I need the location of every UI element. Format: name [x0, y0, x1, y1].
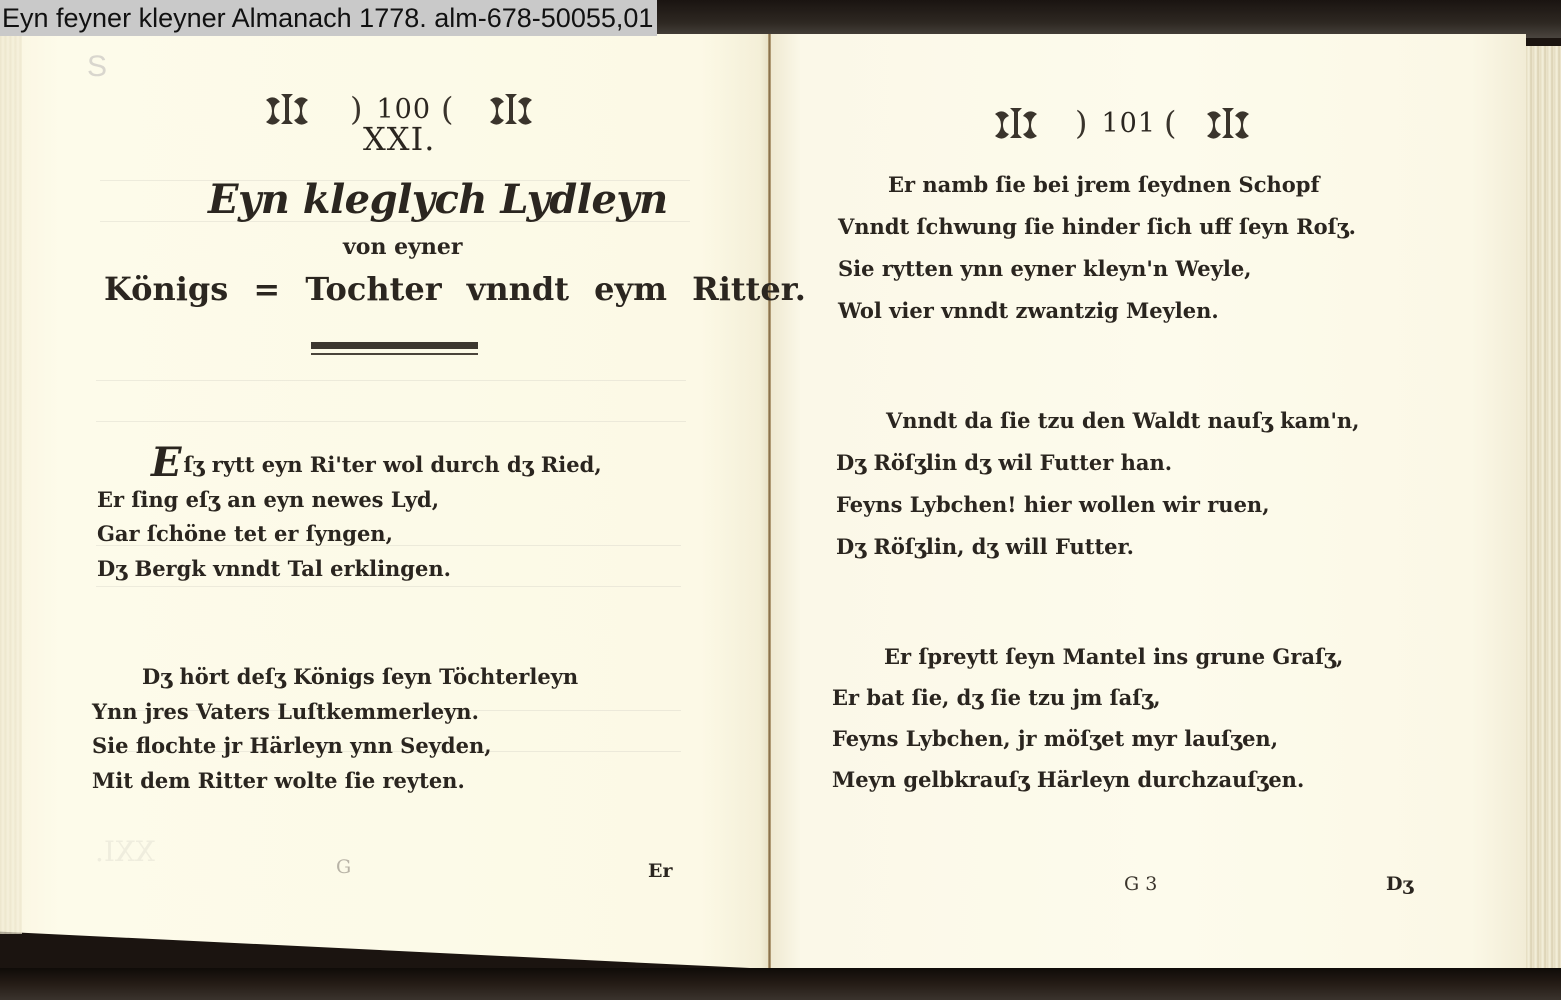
- stanza-right-1: Er namb ſie bei jrem ſeydnen Schopf Vnnd…: [838, 164, 1356, 332]
- page-number: 101: [1101, 108, 1156, 139]
- left-page-edges: [0, 34, 22, 934]
- signature-mark: G: [336, 856, 351, 878]
- verse-line: Vnndt ſchwung ſie hinder ſich uff ſeyn R…: [838, 206, 1356, 248]
- bleed-through-staff: [96, 380, 686, 422]
- fleuron-ornament-icon: [262, 92, 312, 126]
- double-rule-divider: [311, 342, 478, 355]
- verse-line: Vnndt da ſie tzu den Waldt nauſʒ kam'n,: [836, 400, 1359, 442]
- signature-mark: G 3: [1124, 873, 1157, 895]
- verse-line: Dʒ Bergk vnndt Tal erklingen.: [97, 552, 602, 587]
- verse-line: Er bat ſie, dʒ ſie tzu jm ſaſʒ,: [832, 677, 1343, 718]
- verse-line: Sie flochte jr Härleyn ynn Seyden,: [92, 729, 578, 764]
- right-running-header: ) 101 (: [991, 104, 1253, 142]
- bleed-through-text: XXI.: [95, 835, 155, 868]
- drop-cap: E: [151, 439, 182, 486]
- catchword: Dʒ: [1386, 873, 1413, 895]
- page-number-bracket: (: [441, 90, 453, 128]
- stanza-right-3: Er ſpreytt ſeyn Mantel ins grune Graſʒ, …: [832, 636, 1343, 800]
- chapter-number: XXI.: [363, 120, 435, 158]
- verse-line: Er ſing eſʒ an eyn newes Lyd,: [97, 483, 602, 518]
- catchword: Er: [648, 860, 673, 882]
- verse-line: Mit dem Ritter wolte ſie reyten.: [92, 764, 578, 799]
- verse-line: Wol vier vnndt zwantzig Meylen.: [838, 290, 1356, 332]
- song-subtitle-line2: Königs = Tochter vnndt eym Ritter.: [104, 270, 806, 308]
- verse-line: Er namb ſie bei jrem ſeydnen Schopf: [838, 164, 1356, 206]
- song-title: Eyn kleglych Lydleyn: [208, 176, 668, 223]
- stanza-left-2: Dʒ hört deſʒ Königs ſeyn Töchterleyn Ynn…: [92, 660, 578, 798]
- verse-line: Sie rytten ynn eyner kleyn'n Weyle,: [838, 248, 1356, 290]
- fleuron-ornament-icon: [991, 106, 1041, 140]
- book-gutter: [768, 34, 771, 969]
- fleuron-ornament-icon: [486, 92, 536, 126]
- viewer-title-bar: Eyn feyner kleyner Almanach 1778. alm-67…: [0, 0, 657, 36]
- book-cover-bottom: [0, 968, 1561, 1000]
- verse-line: Feyns Lybchen, jr möſʒet myr lauſʒen,: [832, 718, 1343, 759]
- page-number-bracket: (: [1164, 104, 1176, 142]
- verse-line: Meyn gelbkrauſʒ Härleyn durchzauſʒen.: [832, 759, 1343, 800]
- stanza-left-1: Eſʒ rytt eyn Ri'ter wol durch dʒ Ried, E…: [97, 448, 602, 586]
- watermark-letter: S: [87, 50, 107, 84]
- verse-line: Er ſpreytt ſeyn Mantel ins grune Graſʒ,: [832, 636, 1343, 677]
- right-page-edges: [1526, 46, 1561, 976]
- verse-line: Feyns Lybchen! hier wollen wir ruen,: [836, 484, 1359, 526]
- fleuron-ornament-icon: [1203, 106, 1253, 140]
- verse-line: Gar ſchöne tet er ſyngen,: [97, 517, 602, 552]
- verse-line: Ynn jres Vaters Luſtkemmerleyn.: [92, 695, 578, 730]
- song-subtitle: von eyner: [343, 234, 462, 260]
- page-number-bracket: ): [350, 90, 362, 128]
- verse-line: Dʒ Röſʒlin, dʒ will Futter.: [836, 526, 1359, 568]
- verse-line: Dʒ hört deſʒ Königs ſeyn Töchterleyn: [92, 660, 578, 695]
- page-number-bracket: ): [1075, 104, 1087, 142]
- verse-line: Dʒ Röſʒlin dʒ wil Futter han.: [836, 442, 1359, 484]
- verse-line: Eſʒ rytt eyn Ri'ter wol durch dʒ Ried,: [97, 448, 602, 483]
- stanza-right-2: Vnndt da ſie tzu den Waldt nauſʒ kam'n, …: [836, 400, 1359, 568]
